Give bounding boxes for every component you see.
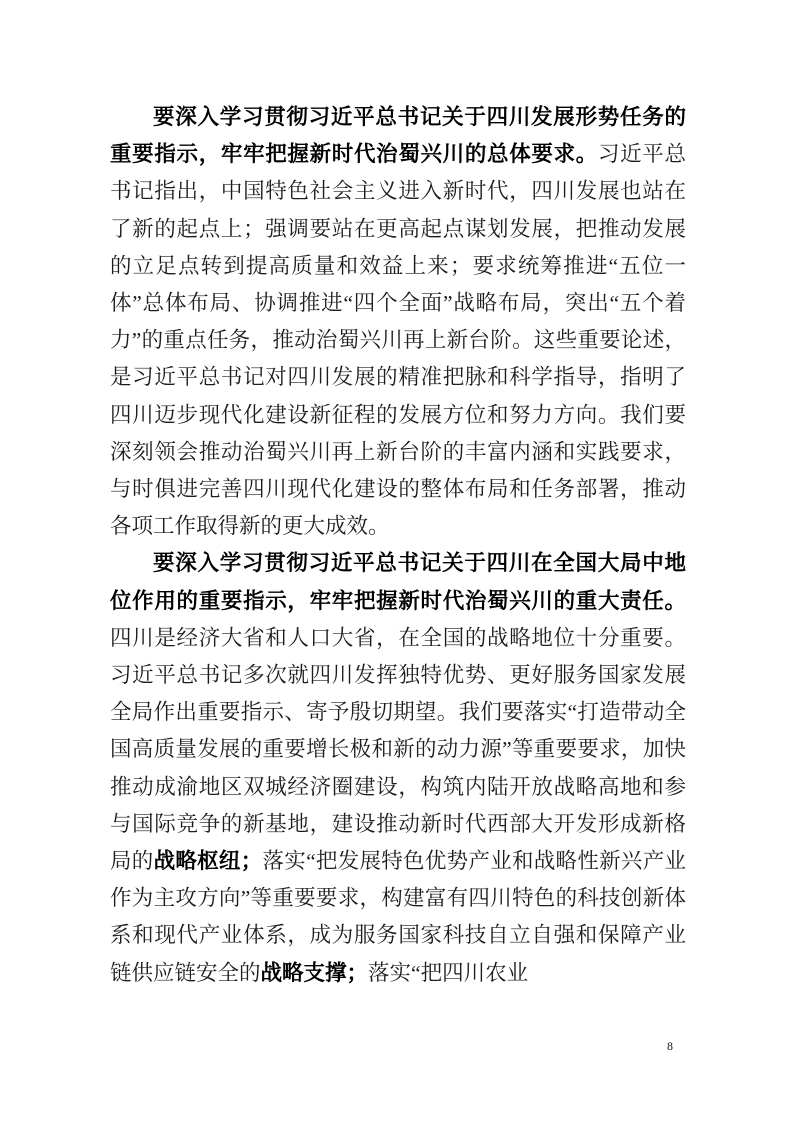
paragraph: 要深入学习贯彻习近平总书记关于四川发展形势任务的重要指示，牢牢把握新时代治蜀兴川… <box>110 99 686 545</box>
text-run: 习近平总书记指出，中国特色社会主义进入新时代，四川发展也站在了新的起点上；强调要… <box>110 142 686 538</box>
document-body: 要深入学习贯彻习近平总书记关于四川发展形势任务的重要指示，牢牢把握新时代治蜀兴川… <box>110 99 686 992</box>
text-run-bold: 战略支撑； <box>261 961 369 985</box>
text-run: 四川是经济大省和人口大省，在全国的战略地位十分重要。习近平总书记多次就四川发挥独… <box>110 626 686 873</box>
page-number: 8 <box>660 1038 680 1054</box>
paragraph: 要深入学习贯彻习近平总书记关于四川在全国大局中地位作用的重要指示，牢牢把握新时代… <box>110 545 686 991</box>
document-page: 要深入学习贯彻习近平总书记关于四川发展形势任务的重要指示，牢牢把握新时代治蜀兴川… <box>0 0 793 1122</box>
text-run: 落实“把四川农业 <box>368 961 528 985</box>
text-run-bold: 要深入学习贯彻习近平总书记关于四川在全国大局中地位作用的重要指示，牢牢把握新时代… <box>110 551 686 612</box>
text-run-bold: 战略枢纽； <box>154 849 263 873</box>
